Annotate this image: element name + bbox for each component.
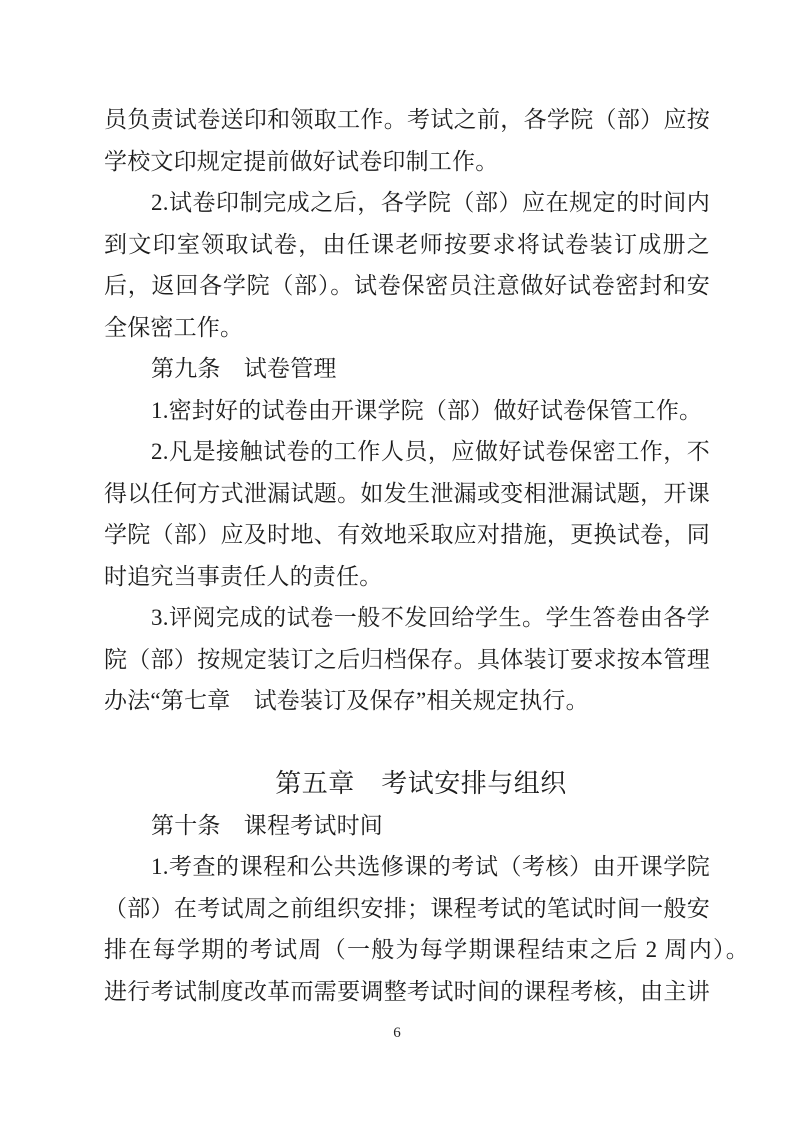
article-title-line: 第十条 课程考试时间: [104, 805, 710, 847]
page-number: 6: [0, 1022, 794, 1044]
text-line: 院（部）按规定装订之后归档保存。具体装订要求按本管理: [104, 639, 710, 681]
text-line: 员负责试卷送印和领取工作。考试之前，各学院（部）应按: [104, 99, 710, 141]
text-line: 2.凡是接触试卷的工作人员，应做好试卷保密工作，不: [104, 431, 710, 473]
chapter-heading: 第五章 考试安排与组织: [104, 763, 710, 805]
text-line: 2.试卷印制完成之后，各学院（部）应在规定的时间内: [104, 182, 710, 224]
text-line: 全保密工作。: [104, 307, 710, 349]
text-line: 得以任何方式泄漏试题。如发生泄漏或变相泄漏试题，开课: [104, 473, 710, 515]
article-title-line: 第九条 试卷管理: [104, 348, 710, 390]
text-line: 后，返回各学院（部）。试卷保密员注意做好试卷密封和安: [104, 265, 710, 307]
blank-line: [104, 722, 710, 764]
document-body: 员负责试卷送印和领取工作。考试之前，各学院（部）应按 学校文印规定提前做好试卷印…: [104, 99, 710, 1012]
document-page: 员负责试卷送印和领取工作。考试之前，各学院（部）应按 学校文印规定提前做好试卷印…: [0, 0, 794, 1123]
text-line: 办法“第七章 试卷装订及保存”相关规定执行。: [104, 680, 710, 722]
text-line: 1.密封好的试卷由开课学院（部）做好试卷保管工作。: [104, 390, 710, 432]
text-line: 3.评阅完成的试卷一般不发回给学生。学生答卷由各学: [104, 597, 710, 639]
text-line: 到文印室领取试卷，由任课老师按要求将试卷装订成册之: [104, 224, 710, 266]
text-line: 进行考试制度改革而需要调整考试时间的课程考核，由主讲: [104, 971, 710, 1013]
text-line: （部）在考试周之前组织安排；课程考试的笔试时间一般安: [104, 888, 710, 930]
text-line: 时追究当事责任人的责任。: [104, 556, 710, 598]
text-line: 学院（部）应及时地、有效地采取应对措施，更换试卷，同: [104, 514, 710, 556]
text-line: 1.考查的课程和公共选修课的考试（考核）由开课学院: [104, 846, 710, 888]
text-line: 学校文印规定提前做好试卷印制工作。: [104, 141, 710, 183]
text-line: 排在每学期的考试周（一般为每学期课程结束之后 2 周内）。: [104, 929, 749, 971]
